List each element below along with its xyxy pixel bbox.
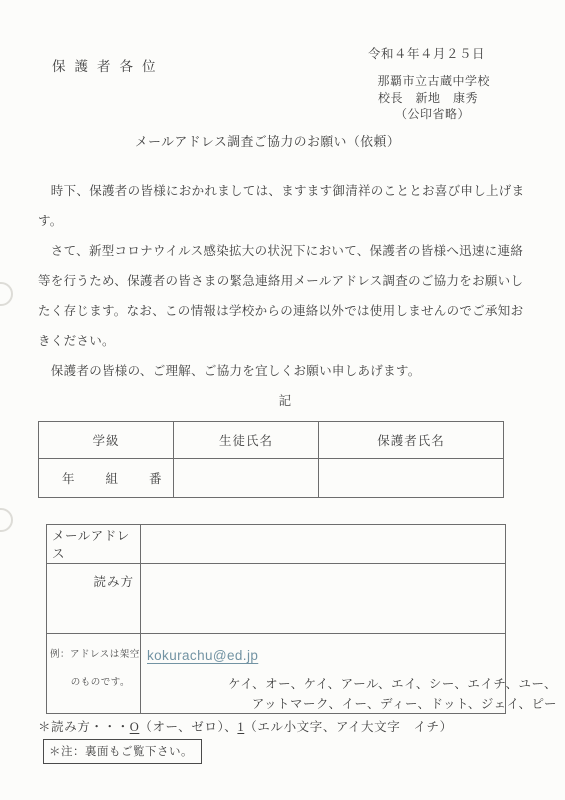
guardian-name-cell [319,459,503,497]
ambiguous-char-o: O [130,720,140,734]
class-row-label: 年 組 番 [39,459,174,497]
example-label: 例：アドレスは架空 のものです。 [47,634,141,713]
punch-hole-artifact [0,282,13,306]
document-title: メールアドレス調査ご協力のお願い（依頼） [0,131,535,150]
reading-footnote-prefix: ＊読み方・・・ [38,720,130,734]
body-paragraph-3: 保護者の皆様の、ご理解、ご協力を宜しくお願い申しあげます。 [38,356,532,386]
reading-cell [141,564,505,634]
class-table: 学級 生徒氏名 保護者氏名 年 組 番 [38,421,504,498]
punch-hole-artifact [0,508,13,532]
back-side-note: ＊注：裏面もご覧下さい。 [43,739,202,764]
record-marker: 記 [38,386,532,416]
email-table: メールアドレス 読み方 例：アドレスは架空 のものです。 kokurachu@e… [46,524,506,714]
char-one-description: （エル小文字、アイ大文字 イチ） [244,720,452,734]
example-reading-line2: アットマーク、イー、ディー、ドット、ジェイ、ピー [252,694,557,712]
student-name-cell [174,459,319,497]
body-text: 時下、保護者の皆様におかれましては、ますます御清祥のこととお喜び申し上げます。 … [38,176,532,416]
reading-footnote: ＊読み方・・・O（オー、ゼロ）、1（エル小文字、アイ大文字 イチ） [38,717,453,735]
email-address-label: メールアドレス [47,525,141,564]
example-cell: kokurachu@ed.jp ケイ、オー、ケイ、アール、エイ、シー、エイチ、ユ… [141,634,505,713]
body-paragraph-2: さて、新型コロナウイルス感染拡大の状況下において、保護者の皆様へ迅速に連絡等を行… [38,236,532,356]
class-table-header-class: 学級 [39,422,174,459]
sender-school: 那覇市立古蔵中学校 [300,73,490,90]
addressee: 保護者各位 [52,55,165,75]
example-label-line2: のものです。 [47,660,140,688]
char-o-description: （オー、ゼロ）、 [139,720,237,734]
class-table-header-student: 生徒氏名 [174,422,319,459]
example-label-line1: 例：アドレスは架空 [47,634,140,660]
email-address-cell [141,525,505,564]
sender-principal: 校長 新地 康秀 [300,90,490,107]
sender-seal-note: （公印省略） [300,106,490,123]
reading-label: 読み方 [47,564,141,634]
document-date: 令和４年４月２５日 [368,44,485,62]
class-table-header-guardian: 保護者氏名 [319,422,503,459]
body-paragraph-1: 時下、保護者の皆様におかれましては、ますます御清祥のこととお喜び申し上げます。 [38,176,532,236]
sender-block: 那覇市立古蔵中学校 校長 新地 康秀 （公印省略） [300,73,490,123]
example-email-link[interactable]: kokurachu@ed.jp [147,648,258,663]
example-reading-line1: ケイ、オー、ケイ、アール、エイ、シー、エイチ、ユー、 [228,674,557,692]
scanned-document-page: 令和４年４月２５日 保護者各位 那覇市立古蔵中学校 校長 新地 康秀 （公印省略… [0,0,565,800]
